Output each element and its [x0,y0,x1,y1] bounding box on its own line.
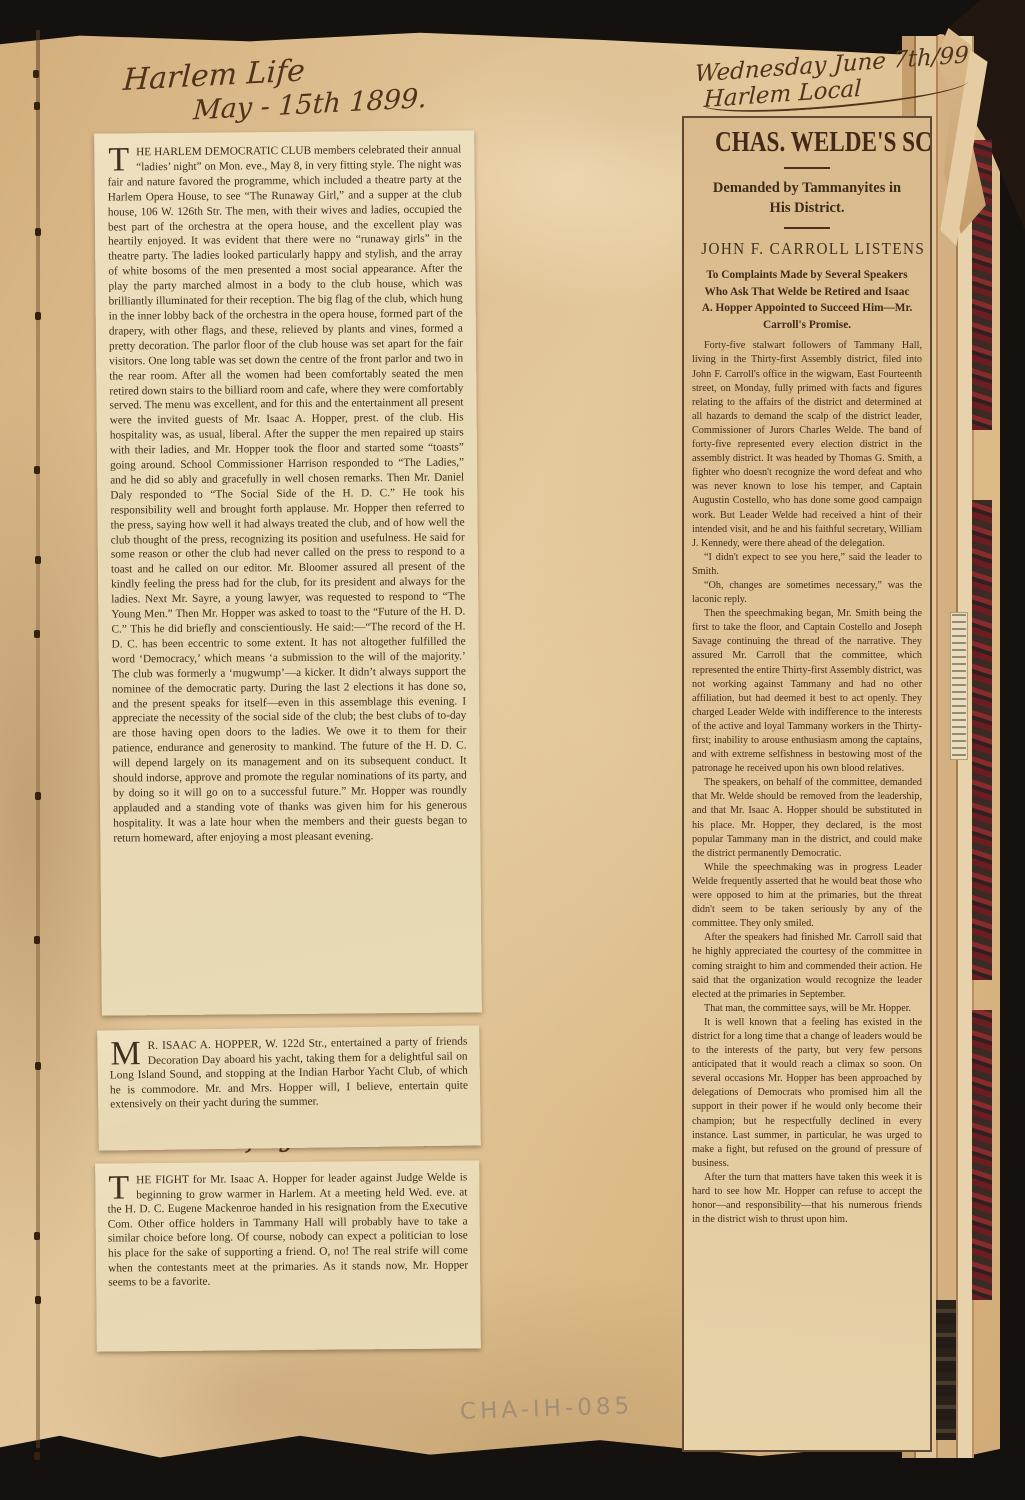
article-paragraph: It is well known that a feeling has exis… [692,1016,922,1171]
article-paragraph: After the turn that matters have taken t… [692,1171,922,1227]
stitch-hole [34,630,40,638]
marbled-cover-edge [972,1010,992,1300]
stitch-hole [34,936,40,944]
drop-cap: T [107,145,136,173]
stitch-hole [33,70,39,78]
clipping-hopper-fight: THE FIGHT for Mr. Isaac A. Hopper for le… [95,1160,481,1351]
drop-cap: T [107,1173,136,1201]
stitch-hole [34,102,40,110]
clipping-welde-scalp: CHAS. WELDE'S SCALP. Demanded by Tammany… [682,116,932,1452]
article-text: HE HARLEM DEMOCRATIC CLUB members celebr… [108,143,468,844]
article-paragraph: After the speakers had finished Mr. Carr… [692,931,922,1001]
article-paragraph: “I didn't expect to see you here,” said … [692,551,922,579]
edge-ink-marks [936,1300,956,1440]
article-text: HE FIGHT for Mr. Isaac A. Hopper for lea… [108,1171,469,1288]
divider-rule [784,167,830,169]
clipping-harlem-democratic-club: THE HARLEM DEMOCRATIC CLUB members celeb… [94,130,482,1015]
scrapbook-photo: Harlem Life May - 15th 1899. Wednesday J… [0,0,1025,1500]
sub-headline: JOHN F. CARROLL LISTENS [701,238,913,260]
article-paragraph: “Oh, changes are sometimes necessary,” w… [692,579,922,607]
divider-rule [784,227,830,229]
drop-cap: M [109,1039,148,1068]
stitch-hole [35,1062,41,1070]
clipping-hopper-yacht: MR. ISAAC A. HOPPER, W. 122d Str., enter… [97,1025,481,1150]
stitch-hole [34,1232,40,1240]
article-paragraph: While the speechmaking was in progress L… [692,861,922,931]
deck-headline: Demanded by Tammanyites in His District. [692,178,922,218]
stitch-hole [34,466,40,474]
clipping-edge-fragment [950,612,968,760]
article-paragraph: The speakers, on behalf of the committee… [692,776,922,861]
article-paragraph: That man, the committee says, will be Mr… [692,1002,922,1016]
stitch-hole [35,1296,41,1304]
article-text: R. ISAAC A. HOPPER, W. 122d Str., entert… [110,1036,468,1111]
stitch-hole [34,1452,40,1460]
stitch-hole [35,228,41,236]
stitch-hole [35,792,41,800]
headline: CHAS. WELDE'S SCALP. [715,126,899,158]
stitch-hole [35,312,41,320]
stitch-hole [35,556,41,564]
article-paragraph: Then the speechmaking began, Mr. Smith b… [692,607,922,776]
article-paragraph: Forty-five stalwart followers of Tammany… [692,339,922,550]
summary-deck: To Complaints Made by Several Speakers W… [692,260,922,339]
marbled-cover-edge [972,500,992,980]
article-body: Forty-five stalwart followers of Tammany… [692,339,922,1227]
